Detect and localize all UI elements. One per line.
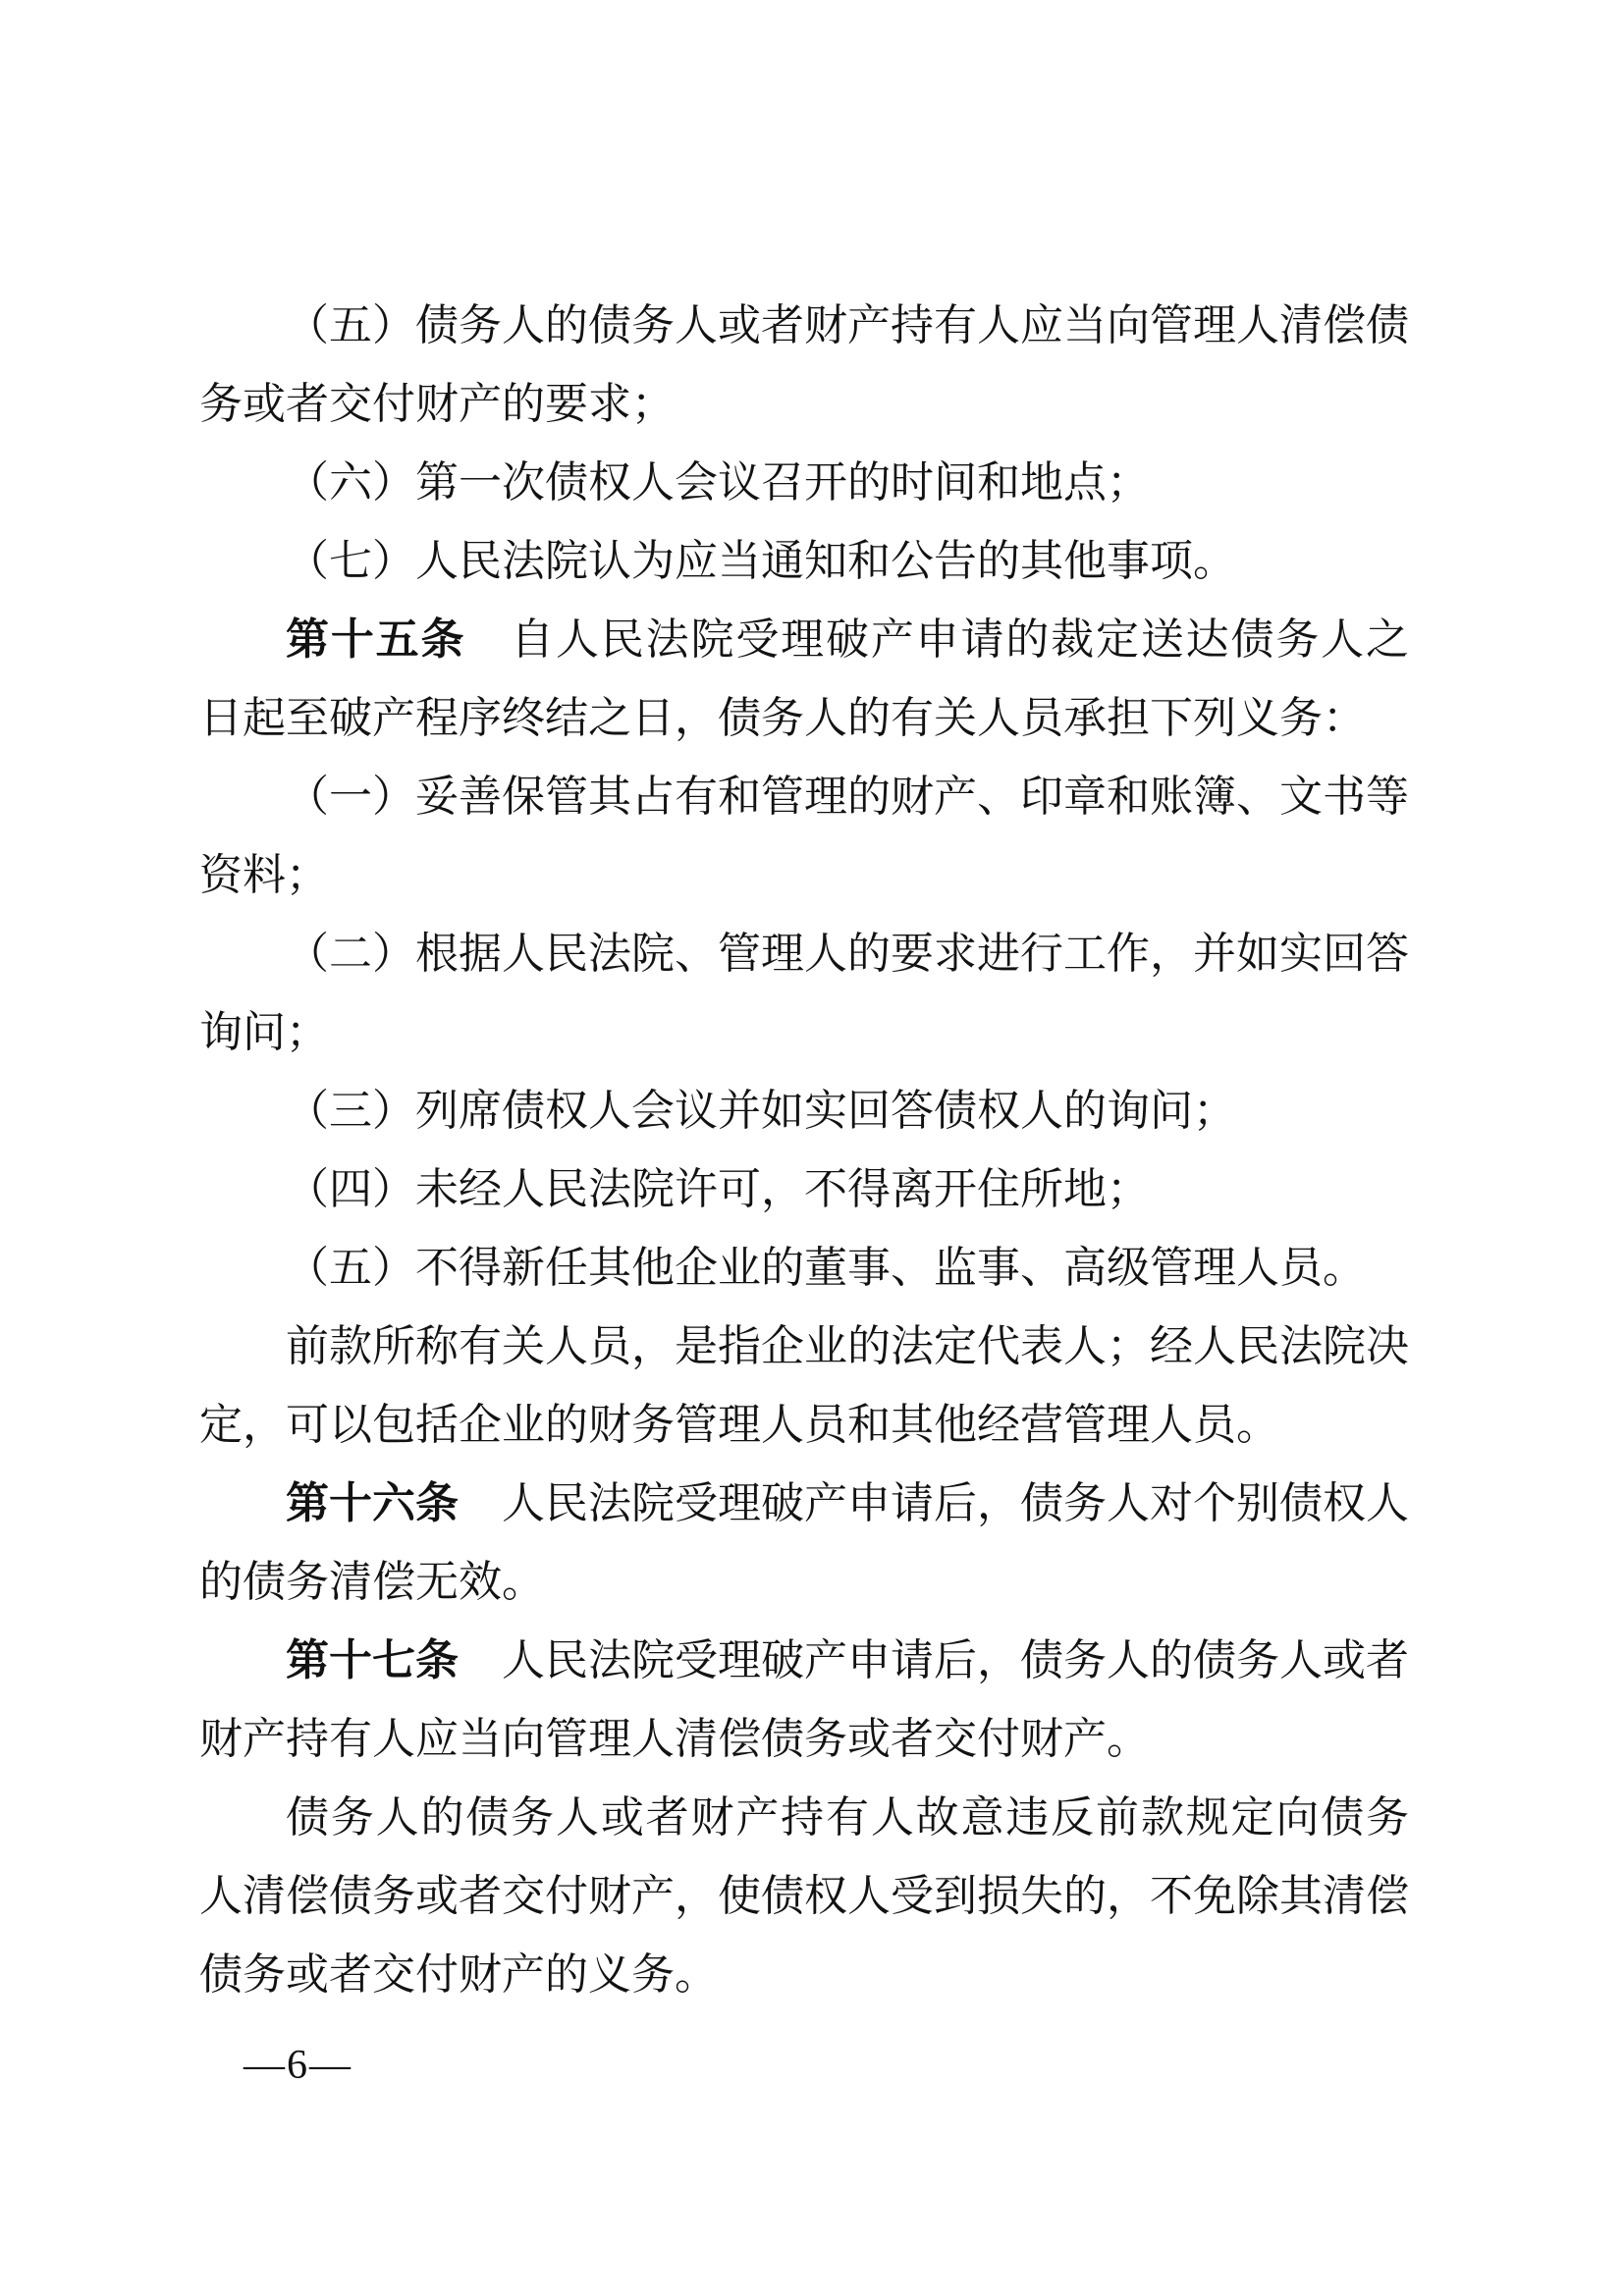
text-line: 定，可以包括企业的财务管理人员和其他经营管理人员。 (199, 1386, 1409, 1465)
line-text: 的债务清偿无效。 (199, 1558, 545, 1606)
text-line: （三）列席债权人会议并如实回答债权人的询问； (199, 1072, 1409, 1150)
text-content: （五）债务人的债务人或者财产持有人应当向管理人清偿债 务或者交付财产的要求； （… (199, 287, 1409, 2014)
text-line-article-16: 第十六条 人民法院受理破产申请后，债务人对个别债权人 (199, 1465, 1409, 1543)
article-label: 第十七条 (286, 1636, 459, 1684)
line-text: 定，可以包括企业的财务管理人员和其他经营管理人员。 (199, 1401, 1279, 1449)
line-text: （二）根据人民法院、管理人的要求进行工作，并如实回答 (286, 930, 1409, 978)
line-text: 债务或者交付财产的义务。 (199, 1950, 718, 1999)
line-text: （七）人民法院认为应当通知和公告的其他事项。 (286, 537, 1236, 585)
text-line: （四）未经人民法院许可，不得离开住所地； (199, 1150, 1409, 1229)
line-text: （四）未经人民法院许可，不得离开住所地； (286, 1165, 1150, 1213)
text-line: （一）妥善保管其占有和管理的财产、印章和账簿、文书等 (199, 758, 1409, 836)
text-line: 人清偿债务或者交付财产，使债权人受到损失的，不免除其清偿 (199, 1857, 1409, 1936)
line-text: 前款所称有关人员，是指企业的法定代表人；经人民法院决 (286, 1322, 1409, 1370)
line-text: 人民法院受理破产申请后，债务人的债务人或者 (459, 1636, 1409, 1684)
text-line: （七）人民法院认为应当通知和公告的其他事项。 (199, 522, 1409, 601)
page-number: —6— (244, 2044, 352, 2087)
text-line-article-17: 第十七条 人民法院受理破产申请后，债务人的债务人或者 (199, 1622, 1409, 1700)
text-line: （五）债务人的债务人或者财产持有人应当向管理人清偿债 (199, 287, 1409, 365)
text-line: 的债务清偿无效。 (199, 1543, 1409, 1622)
line-text: 债务人的债务人或者财产持有人故意违反前款规定向债务 (286, 1793, 1409, 1842)
text-line: 债务或者交付财产的义务。 (199, 1936, 1409, 2014)
line-text: 自人民法院受理破产申请的裁定送达债务人之 (465, 615, 1409, 664)
line-text: 人清偿债务或者交付财产，使债权人受到损失的，不免除其清偿 (199, 1872, 1409, 1920)
text-line-article-15: 第十五条 自人民法院受理破产申请的裁定送达债务人之 (199, 601, 1409, 679)
text-line: 询问； (199, 993, 1409, 1072)
line-text: （三）列席债权人会议并如实回答债权人的询问； (286, 1087, 1236, 1135)
line-text: （一）妥善保管其占有和管理的财产、印章和账簿、文书等 (286, 773, 1409, 821)
line-text: 财产持有人应当向管理人清偿债务或者交付财产。 (199, 1715, 1150, 1763)
article-label: 第十六条 (286, 1479, 459, 1527)
document-page: （五）债务人的债务人或者财产持有人应当向管理人清偿债 务或者交付财产的要求； （… (0, 0, 1624, 2296)
text-line: （二）根据人民法院、管理人的要求进行工作，并如实回答 (199, 915, 1409, 993)
text-line: （六）第一次债权人会议召开的时间和地点； (199, 444, 1409, 522)
text-line: 财产持有人应当向管理人清偿债务或者交付财产。 (199, 1700, 1409, 1779)
line-text: 询问； (199, 1008, 329, 1056)
article-label: 第十五条 (286, 615, 465, 664)
text-line: 前款所称有关人员，是指企业的法定代表人；经人民法院决 (199, 1308, 1409, 1386)
line-text: （六）第一次债权人会议召开的时间和地点； (286, 458, 1150, 507)
line-text: 资料； (199, 851, 329, 899)
text-line: 日起至破产程序终结之日，债务人的有关人员承担下列义务： (199, 679, 1409, 758)
line-text: 人民法院受理破产申请后，债务人对个别债权人 (459, 1479, 1409, 1527)
line-text: （五）不得新任其他企业的董事、监事、高级管理人员。 (286, 1244, 1366, 1292)
line-text: 务或者交付财产的要求； (199, 380, 675, 428)
line-text: 日起至破产程序终结之日，债务人的有关人员承担下列义务： (199, 694, 1366, 742)
text-line: 资料； (199, 836, 1409, 915)
text-line: 债务人的债务人或者财产持有人故意违反前款规定向债务 (199, 1779, 1409, 1857)
text-line: （五）不得新任其他企业的董事、监事、高级管理人员。 (199, 1229, 1409, 1308)
text-line: 务或者交付财产的要求； (199, 365, 1409, 444)
line-text: （五）债务人的债务人或者财产持有人应当向管理人清偿债 (286, 301, 1409, 349)
